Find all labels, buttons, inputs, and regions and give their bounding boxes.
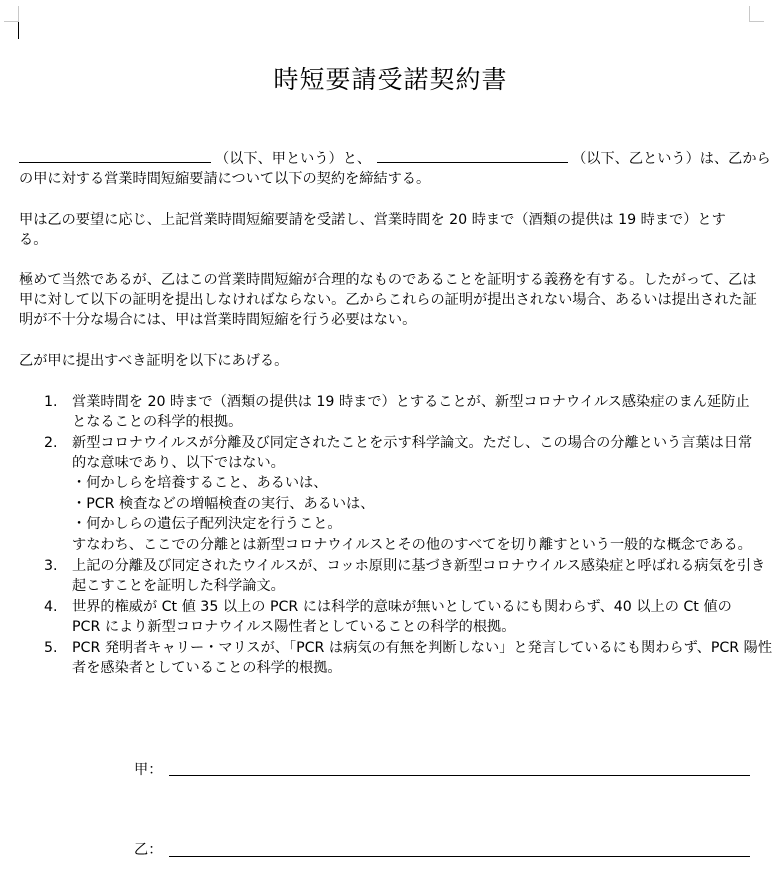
margin-crop-mark-top-left [4, 6, 19, 22]
list-item-2-line-4: ・PCR 検査などの増幅検査の実行、あるいは、 [72, 494, 374, 514]
list-item-2-line-2: 的な意味であり、以下ではない。 [72, 453, 285, 473]
list-item-1-line-1: 営業時間を 20 時まで（酒類の提供は 19 時まで）とすることが、新型コロナウ… [72, 392, 750, 412]
party-b-signature-line[interactable] [169, 856, 750, 857]
margin-crop-mark-top-right [749, 6, 764, 22]
list-item-2-line-6: すなわち、ここでの分離とは新型コロナウイルスとその他のすべてを切り離すという一般… [72, 535, 752, 555]
list-item-1-line-2: となることの科学的根拠。 [72, 412, 242, 432]
list-item-4-number: 4. [44, 597, 58, 617]
list-item-3-line-2: 起こすことを証明した科学論文。 [72, 576, 285, 596]
list-item-2-line-3: ・何かしらを培養すること、あるいは、 [72, 473, 327, 493]
intro-line-1-mid: （以下、甲という）と、 [215, 151, 371, 167]
paragraph-3-line-3: 明が不十分な場合には、甲は営業時間短縮を行う必要はない。 [19, 310, 416, 330]
intro-line-1-end: （以下、乙という）は、乙から [572, 151, 771, 167]
text-cursor [18, 22, 19, 39]
party-b-name-blank[interactable] [377, 148, 568, 163]
list-item-1-number: 1. [44, 392, 58, 412]
party-b-signature-label: 乙： [134, 840, 162, 860]
list-item-3-line-1: 上記の分離及び同定されたウイルスが、コッホ原則に基づき新型コロナウイルス感染症と… [72, 556, 765, 576]
document-title: 時短要請受諾契約書 [0, 64, 781, 96]
list-item-2-number: 2. [44, 433, 58, 453]
list-item-5-line-1: PCR 発明者キャリー・マリスが、「PCR は病気の有無を判断しない」と発言して… [72, 638, 772, 658]
document-page: 時短要請受諾契約書 （以下、甲という）と、（以下、乙という）は、乙から の甲に対… [0, 0, 781, 877]
intro-line-2: の甲に対する営業時間短縮要請について以下の契約を締結する。 [19, 169, 430, 189]
list-item-3-number: 3. [44, 556, 58, 576]
paragraph-2-line-1: 甲は乙の要望に応じ、上記営業時間短縮要請を受諾し、営業時間を 20 時まで（酒類… [19, 210, 726, 230]
list-item-4-line-1: 世界的権威が Ct 値 35 以上の PCR には科学的意味が無いとしているにも… [72, 597, 732, 617]
party-a-signature-line[interactable] [169, 775, 750, 776]
list-item-5-line-2: 者を感染者としていることの科学的根拠。 [72, 658, 342, 678]
party-a-name-blank[interactable] [19, 148, 211, 163]
list-item-2-line-5: ・何かしらの遺伝子配列決定を行うこと。 [72, 514, 342, 534]
list-item-4-line-2: PCR により新型コロナウイルス陽性者としていることの科学的根拠。 [72, 617, 515, 637]
paragraph-4: 乙が甲に提出すべき証明を以下にあげる。 [19, 351, 288, 371]
paragraph-3-line-1: 極めて当然であるが、乙はこの営業時間短縮が合理的なものであることを証明する義務を… [19, 270, 756, 290]
paragraph-3-line-2: 甲に対して以下の証明を提出しなければならない。乙からこれらの証明が提出されない場… [19, 290, 757, 310]
list-item-2-line-1: 新型コロナウイルスが分離及び同定されたことを示す科学論文。ただし、この場合の分離… [72, 433, 752, 453]
intro-line-1: （以下、甲という）と、（以下、乙という）は、乙から [19, 148, 771, 169]
list-item-5-number: 5. [44, 638, 58, 658]
paragraph-2-line-2: る。 [19, 230, 47, 250]
party-a-signature-label: 甲： [134, 760, 162, 780]
